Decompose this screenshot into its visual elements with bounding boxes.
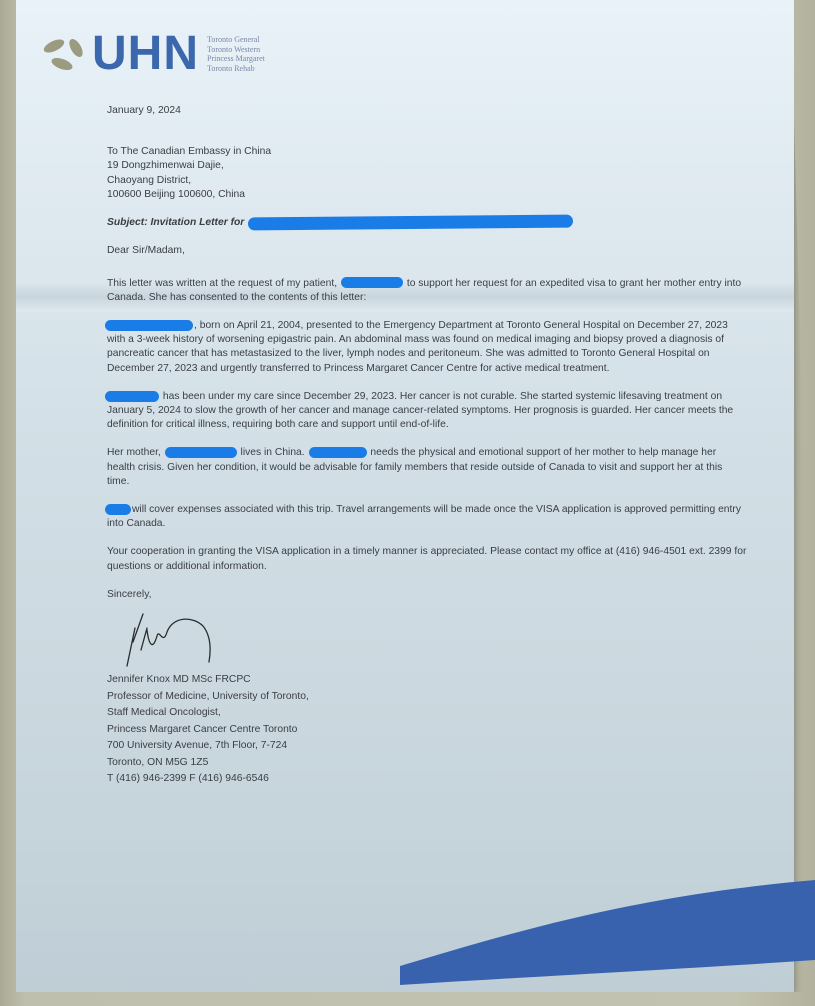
address-line: 100600 Beijing 100600, China — [107, 188, 747, 202]
signer-institution: Princess Margaret Cancer Centre Toronto — [107, 722, 747, 739]
site-name: Toronto Rehab — [207, 64, 265, 74]
paragraph-contact: Your cooperation in granting the VISA ap… — [107, 545, 747, 573]
letter-body: January 9, 2024 To The Canadian Embassy … — [107, 104, 747, 788]
signature — [113, 606, 223, 672]
paragraph-treatment: has been under my care since December 29… — [107, 390, 747, 433]
redaction-mark — [165, 447, 237, 458]
paragraph-expenses: will cover expenses associated with this… — [107, 503, 747, 531]
text: Her mother, — [107, 447, 161, 458]
leaf-swirl-icon — [40, 34, 88, 74]
subject-text: Subject: Invitation Letter for — [107, 217, 244, 228]
organization-name: UHN — [92, 34, 199, 74]
uhn-logo: UHN Toronto General Toronto Western Prin… — [40, 34, 265, 74]
paragraph-medical-history: , born on April 21, 2004, presented to t… — [107, 319, 747, 376]
site-name: Princess Margaret — [207, 54, 265, 64]
site-name: Toronto Western — [207, 45, 265, 55]
hospital-sites: Toronto General Toronto Western Princess… — [207, 35, 265, 73]
letter-date: January 9, 2024 — [107, 104, 747, 118]
signer-address: Toronto, ON M5G 1Z5 — [107, 755, 747, 772]
subject-line: Subject: Invitation Letter for — [107, 216, 747, 230]
text: , born on April 21, 2004, presented to t… — [107, 320, 728, 374]
signer-title: Professor of Medicine, University of Tor… — [107, 689, 747, 706]
redaction-mark — [248, 215, 573, 231]
redaction-mark — [105, 391, 159, 402]
text: lives in China. — [241, 447, 305, 458]
closing: Sincerely, — [107, 588, 747, 602]
salutation: Dear Sir/Madam, — [107, 244, 747, 258]
address-line: 19 Dongzhimenwai Dajie, — [107, 159, 747, 173]
address-line: Chaoyang District, — [107, 174, 747, 188]
redaction-mark — [105, 320, 193, 331]
text: will cover expenses associated with this… — [107, 504, 741, 529]
text: This letter was written at the request o… — [107, 278, 337, 289]
text: has been under my care since December 29… — [107, 391, 733, 430]
redaction-mark — [105, 504, 131, 515]
site-name: Toronto General — [207, 35, 265, 45]
signer-address: 700 University Avenue, 7th Floor, 7-724 — [107, 738, 747, 755]
signer-name: Jennifer Knox MD MSc FRCPC — [107, 672, 747, 689]
signer-block: Jennifer Knox MD MSc FRCPC Professor of … — [107, 672, 747, 788]
signer-phone: T (416) 946-2399 F (416) 946-6546 — [107, 771, 747, 788]
redaction-mark — [341, 277, 403, 288]
signer-title: Staff Medical Oncologist, — [107, 705, 747, 722]
paragraph-request: This letter was written at the request o… — [107, 277, 747, 305]
recipient-address: To The Canadian Embassy in China 19 Dong… — [107, 145, 747, 202]
paragraph-mother: Her mother, lives in China. needs the ph… — [107, 446, 747, 489]
address-line: To The Canadian Embassy in China — [107, 145, 747, 159]
redaction-mark — [309, 447, 367, 458]
